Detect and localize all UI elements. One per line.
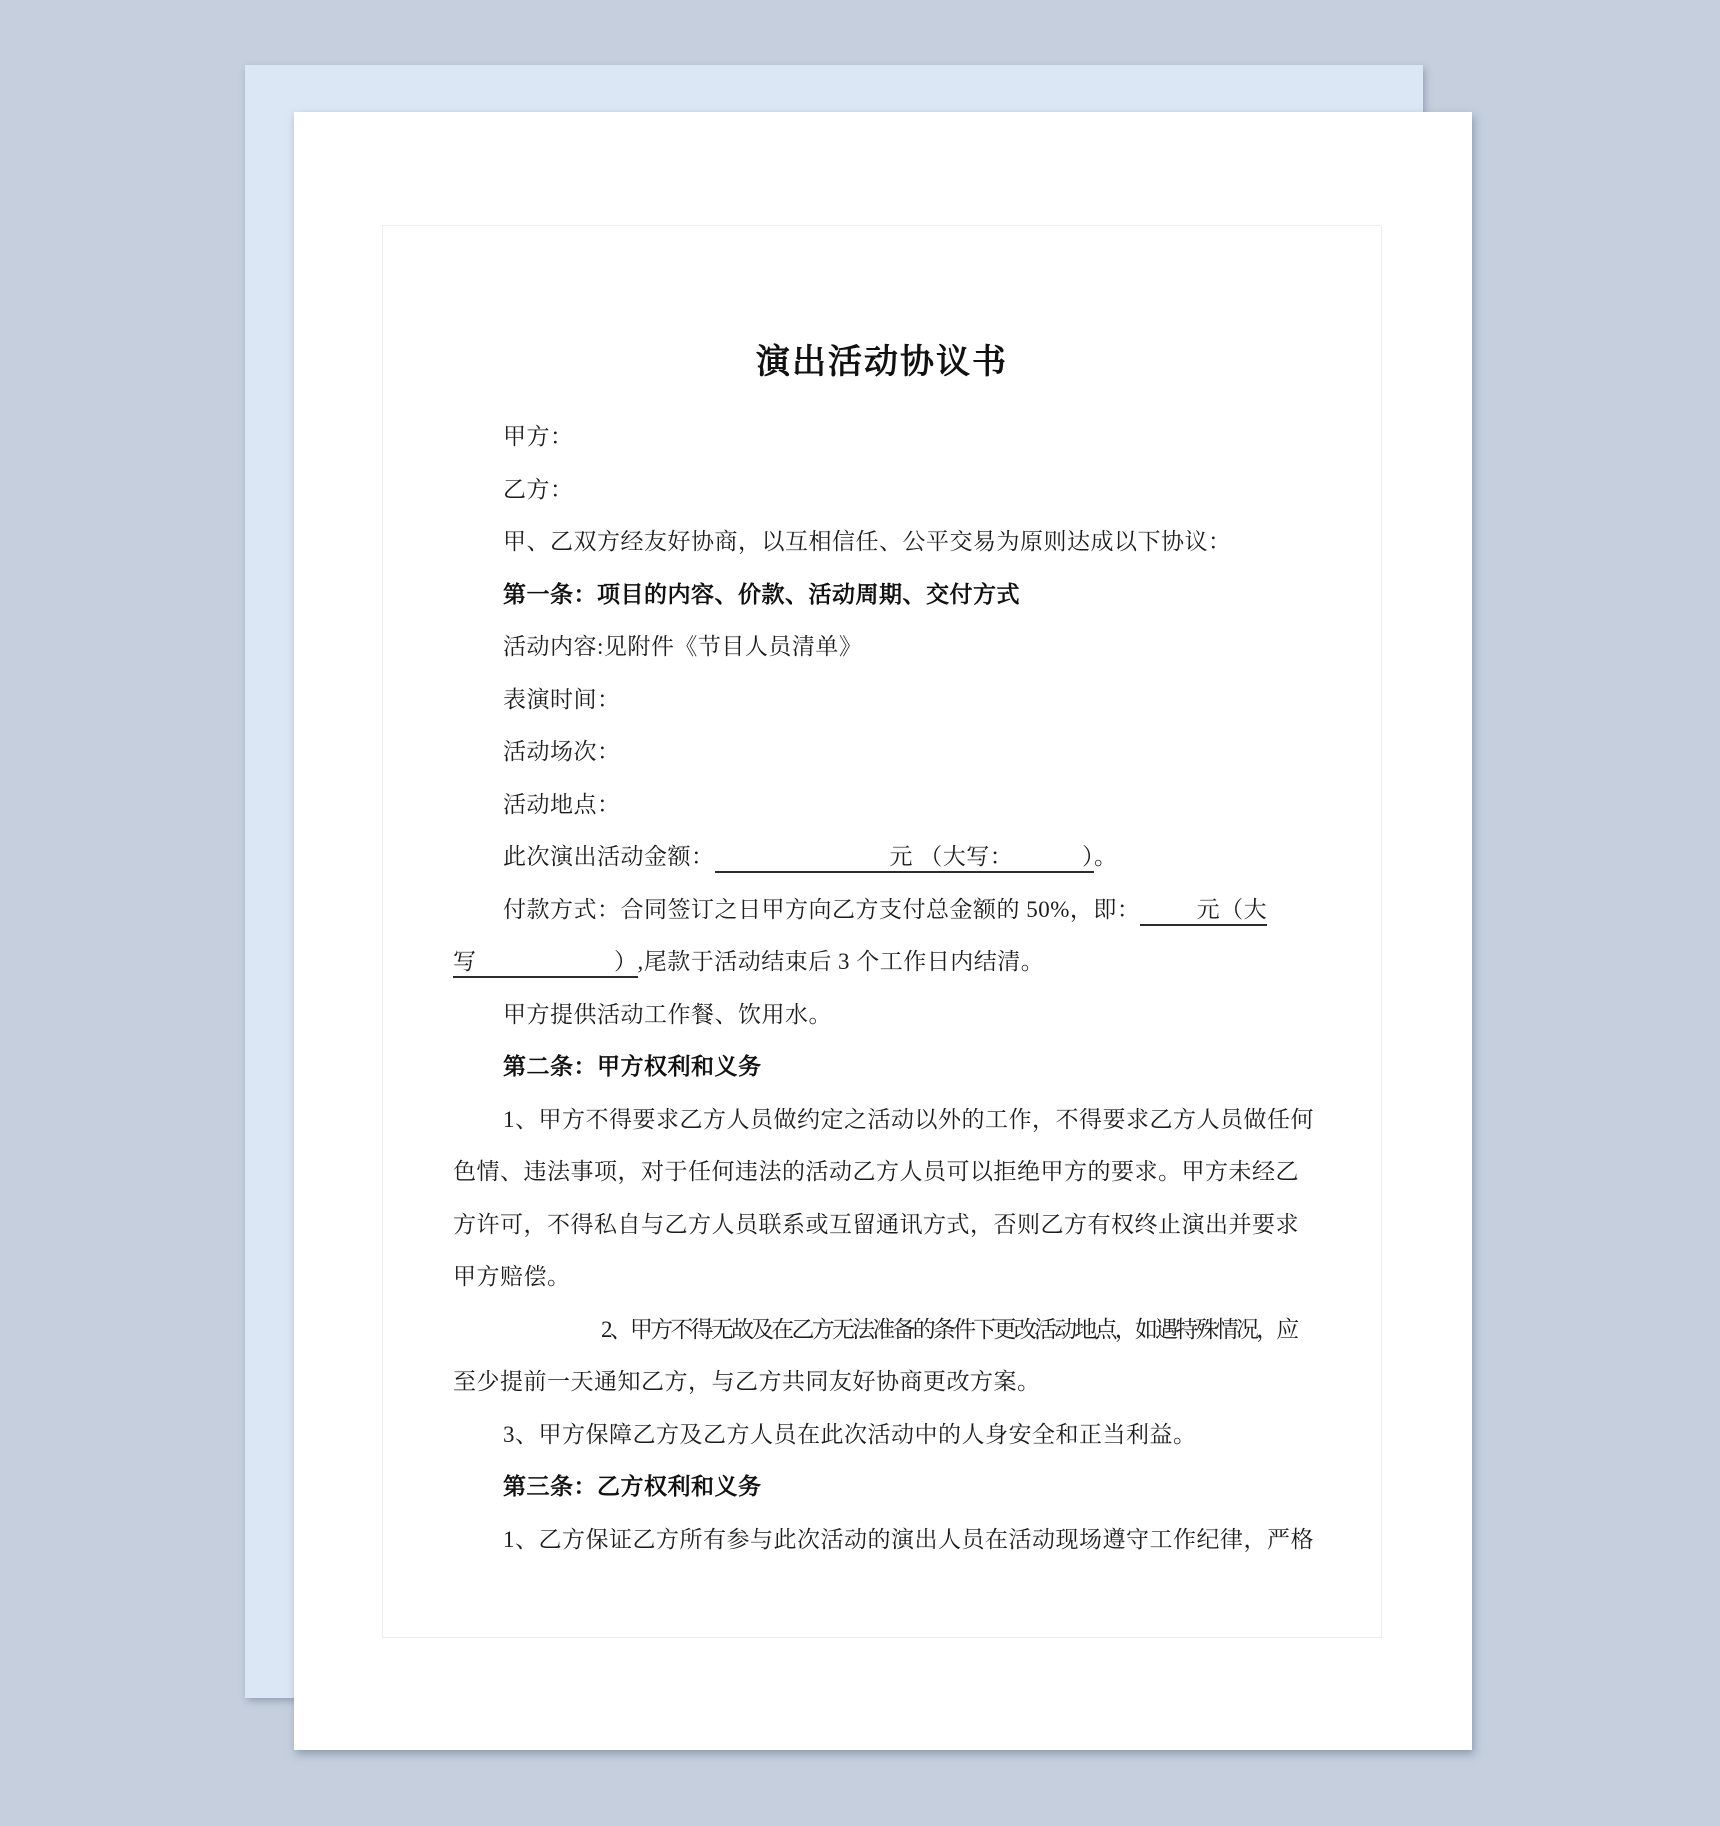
document-title: 演出活动协议书: [383, 338, 1381, 386]
amount-label: 此次演出活动金额：: [503, 844, 715, 869]
article2-item2-line1: 2、甲方不得无故及在乙方无法准备的条件下更改活动地点，如遇特殊情况，应: [453, 1304, 1291, 1357]
payment-label: 付款方式：合同签订之日甲方向乙方支付总金额的 50%，即：: [503, 897, 1140, 922]
document-page: 演出活动协议书 甲方： 乙方： 甲、乙双方经友好协商，以互相信任、公平交易为原则…: [294, 112, 1472, 1750]
activity-location-label: 活动地点：: [453, 779, 1291, 832]
document-content-frame: 演出活动协议书 甲方： 乙方： 甲、乙双方经友好协商，以互相信任、公平交易为原则…: [382, 225, 1382, 1638]
amount-period: 。: [1094, 844, 1118, 869]
amount-blank-field: 元 （大写： ）: [715, 844, 1095, 873]
payment-blank-field: 元（大: [1140, 897, 1267, 926]
article3-item1-line1: 1、乙方保证乙方所有参与此次活动的演出人员在活动现场遵守工作纪律，严格: [453, 1514, 1291, 1567]
party-b-label: 乙方：: [453, 464, 1291, 517]
article1-heading: 第一条：项目的内容、价款、活动周期、交付方式: [453, 569, 1291, 622]
article3-heading: 第三条：乙方权利和义务: [453, 1461, 1291, 1514]
article2-item1-line1: 1、甲方不得要求乙方人员做约定之活动以外的工作，不得要求乙方人员做任何: [453, 1094, 1291, 1147]
article2-item2-line2: 至少提前一天通知乙方，与乙方共同友好协商更改方案。: [453, 1356, 1291, 1409]
payment-capital-blank-field: 写 ）: [453, 949, 638, 978]
document-body: 甲方： 乙方： 甲、乙双方经友好协商，以互相信任、公平交易为原则达成以下协议： …: [383, 411, 1381, 1566]
payment-line: 付款方式：合同签订之日甲方向乙方支付总金额的 50%，即： 元（大: [453, 884, 1291, 937]
preamble-line: 甲、乙双方经友好协商，以互相信任、公平交易为原则达成以下协议：: [453, 516, 1291, 569]
payment-continuation-line: 写 ）,尾款于活动结束后 3 个工作日内结清。: [453, 936, 1291, 989]
activity-content-line: 活动内容:见附件《节目人员清单》: [453, 621, 1291, 674]
article2-heading: 第二条：甲方权利和义务: [453, 1041, 1291, 1094]
article2-item1-line2: 色情、违法事项，对于任何违法的活动乙方人员可以拒绝甲方的要求。甲方未经乙: [453, 1146, 1291, 1199]
article2-item1-line4: 甲方赔偿。: [453, 1251, 1291, 1304]
party-a-label: 甲方：: [453, 411, 1291, 464]
meals-line: 甲方提供活动工作餐、饮用水。: [453, 989, 1291, 1042]
payment-continuation-text: ,尾款于活动结束后 3 个工作日内结清。: [638, 949, 1045, 974]
article2-item3-line: 3、甲方保障乙方及乙方人员在此次活动中的人身安全和正当利益。: [453, 1409, 1291, 1462]
amount-line: 此次演出活动金额： 元 （大写： ）。: [453, 831, 1291, 884]
activity-sessions-label: 活动场次：: [453, 726, 1291, 779]
article2-item1-line3: 方许可，不得私自与乙方人员联系或互留通讯方式，否则乙方有权终止演出并要求: [453, 1199, 1291, 1252]
performance-time-label: 表演时间：: [453, 674, 1291, 727]
